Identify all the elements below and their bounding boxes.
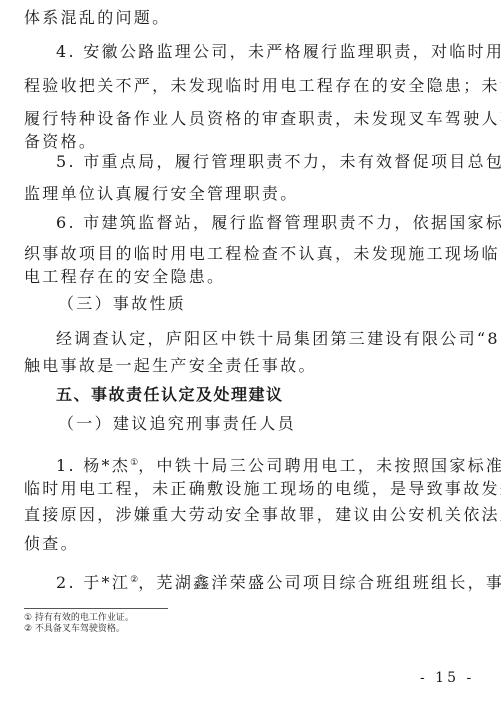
paragraph-line: 体系混乱的问题。 — [24, 8, 464, 28]
paragraph-line: 履行特种设备作业人员资格的审查职责，未发现叉车驾驶人不具 — [24, 109, 464, 129]
section-heading: 五、事故责任认定及处理建议 — [56, 385, 496, 405]
paragraph-line: 6. 市建筑监督站，履行监督管理职责不力，依据国家标准组 — [56, 213, 496, 233]
paragraph-line: 直接原因，涉嫌重大劳动安全事故罪，建议由公安机关依法立案 — [24, 505, 464, 525]
line-text: ，芜湖鑫洋荣盛公司项目综合班组班组长，事故叉 — [138, 573, 501, 592]
paragraph-line: 监理单位认真履行安全管理职责。 — [24, 184, 464, 204]
paragraph-line: 1. 杨*杰①，中铁十局三公司聘用电工，未按照国家标准设置 — [56, 453, 496, 476]
paragraph-line: 2. 于*江②，芜湖鑫洋荣盛公司项目综合班组班组长，事故叉 — [56, 570, 496, 593]
section-subheading: （一）建议追究刑事责任人员 — [58, 414, 498, 434]
paragraph-line: 临时用电工程，未正确敷设施工现场的电缆，是导致事故发生的 — [24, 479, 464, 499]
paragraph-line: 备资格。 — [24, 132, 464, 152]
paragraph-line: 经调查认定，庐阳区中铁十局集团第三建设有限公司“8·16” — [56, 329, 496, 349]
document-page: 体系混乱的问题。 4. 安徽公路监理公司，未严格履行监理职责，对临时用电工 程验… — [0, 0, 501, 704]
page-number: - 15 - — [420, 670, 474, 686]
paragraph-line: 4. 安徽公路监理公司，未严格履行监理职责，对临时用电工 — [56, 42, 496, 62]
footnote: ② 不具备叉车驾驶资格。 — [24, 624, 125, 635]
footnote: ① 持有有效的电工作业证。 — [24, 613, 134, 624]
section-subheading: （三）事故性质 — [58, 294, 498, 314]
paragraph-line: 触电事故是一起生产安全责任事故。 — [24, 356, 464, 376]
person-name: 2. 于*江 — [56, 573, 130, 592]
paragraph-line: 程验收把关不严，未发现临时用电工程存在的安全隐患；未认真 — [24, 76, 464, 96]
person-name: 1. 杨*杰 — [56, 456, 130, 475]
paragraph-line: 织事故项目的临时用电工程检查不认真，未发现施工现场临时用 — [24, 244, 464, 264]
footnote-divider — [24, 608, 168, 609]
paragraph-line: 侦查。 — [24, 534, 464, 554]
paragraph-line: 5. 市重点局，履行管理职责不力，未有效督促项目总包单位、 — [56, 152, 496, 172]
line-text: ，中铁十局三公司聘用电工，未按照国家标准设置 — [138, 456, 501, 475]
paragraph-line: 电工程存在的安全隐患。 — [24, 267, 464, 287]
